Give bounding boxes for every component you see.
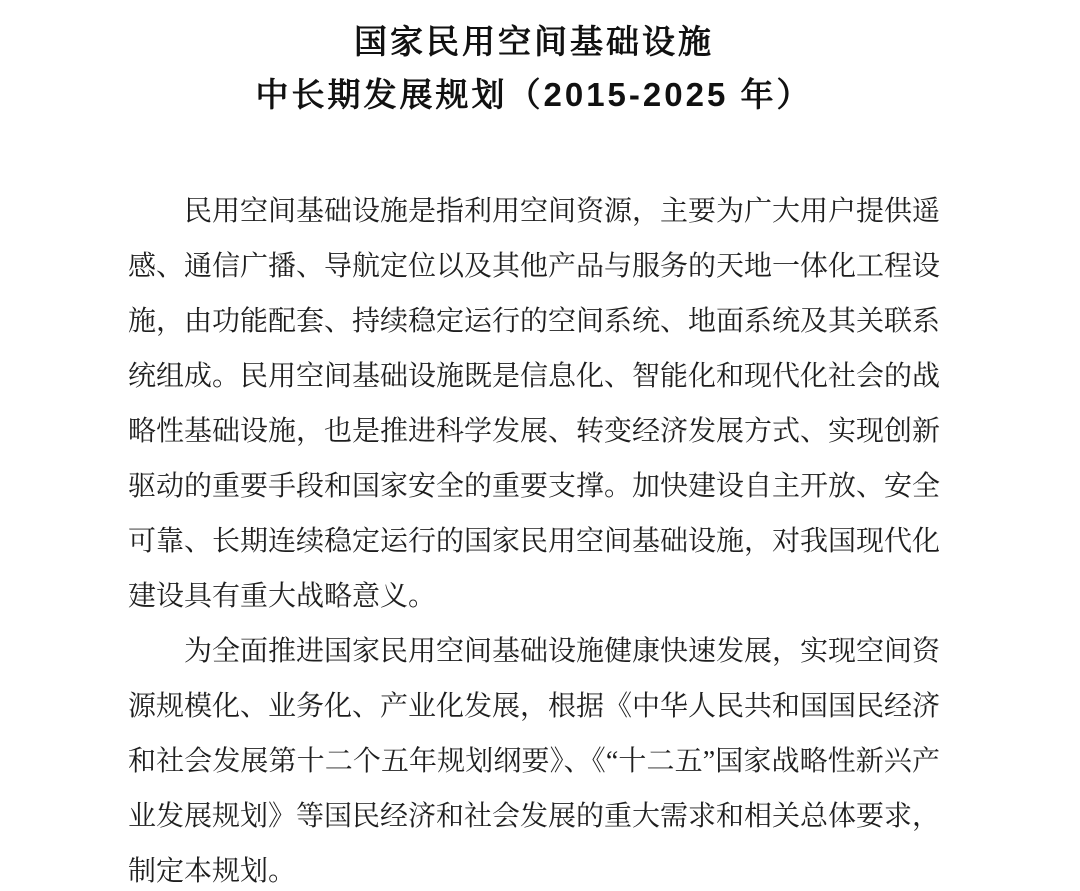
paragraph-1-line: 建设具有重大战略意义。: [128, 569, 940, 624]
paragraph-1: 民用空间基础设施是指利用空间资源，主要为广大用户提供遥 感、通信广播、导航定位以…: [128, 184, 940, 624]
document-title: 国家民用空间基础设施 中长期发展规划（2015-2025 年）: [128, 15, 940, 121]
paragraph-2-line: 业发展规划》等国民经济和社会发展的重大需求和相关总体要求，: [128, 789, 940, 844]
paragraph-1-line: 略性基础设施，也是推进科学发展、转变经济发展方式、实现创新: [128, 404, 940, 459]
document-page: 国家民用空间基础设施 中长期发展规划（2015-2025 年） 民用空间基础设施…: [0, 0, 1080, 891]
paragraph-1-line: 可靠、长期连续稳定运行的国家民用空间基础设施，对我国现代化: [128, 514, 940, 569]
title-line-2: 中长期发展规划（2015-2025 年）: [128, 68, 940, 121]
paragraph-2-line: 和社会发展第十二个五年规划纲要》、《“十二五”国家战略性新兴产: [128, 734, 940, 789]
paragraph-1-line: 驱动的重要手段和国家安全的重要支撑。加快建设自主开放、安全: [128, 459, 940, 514]
paragraph-2-line: 制定本规划。: [128, 844, 940, 891]
title-line-1: 国家民用空间基础设施: [128, 15, 940, 68]
paragraph-2: 为全面推进国家民用空间基础设施健康快速发展，实现空间资 源规模化、业务化、产业化…: [128, 624, 940, 891]
paragraph-2-line: 源规模化、业务化、产业化发展，根据《中华人民共和国国民经济: [128, 679, 940, 734]
paragraph-1-line: 统组成。民用空间基础设施既是信息化、智能化和现代化社会的战: [128, 349, 940, 404]
paragraph-1-line: 施，由功能配套、持续稳定运行的空间系统、地面系统及其关联系: [128, 294, 940, 349]
paragraph-1-line: 民用空间基础设施是指利用空间资源，主要为广大用户提供遥: [128, 184, 940, 239]
paragraph-1-line: 感、通信广播、导航定位以及其他产品与服务的天地一体化工程设: [128, 239, 940, 294]
paragraph-2-line: 为全面推进国家民用空间基础设施健康快速发展，实现空间资: [128, 624, 940, 679]
document-body: 民用空间基础设施是指利用空间资源，主要为广大用户提供遥 感、通信广播、导航定位以…: [128, 184, 940, 891]
